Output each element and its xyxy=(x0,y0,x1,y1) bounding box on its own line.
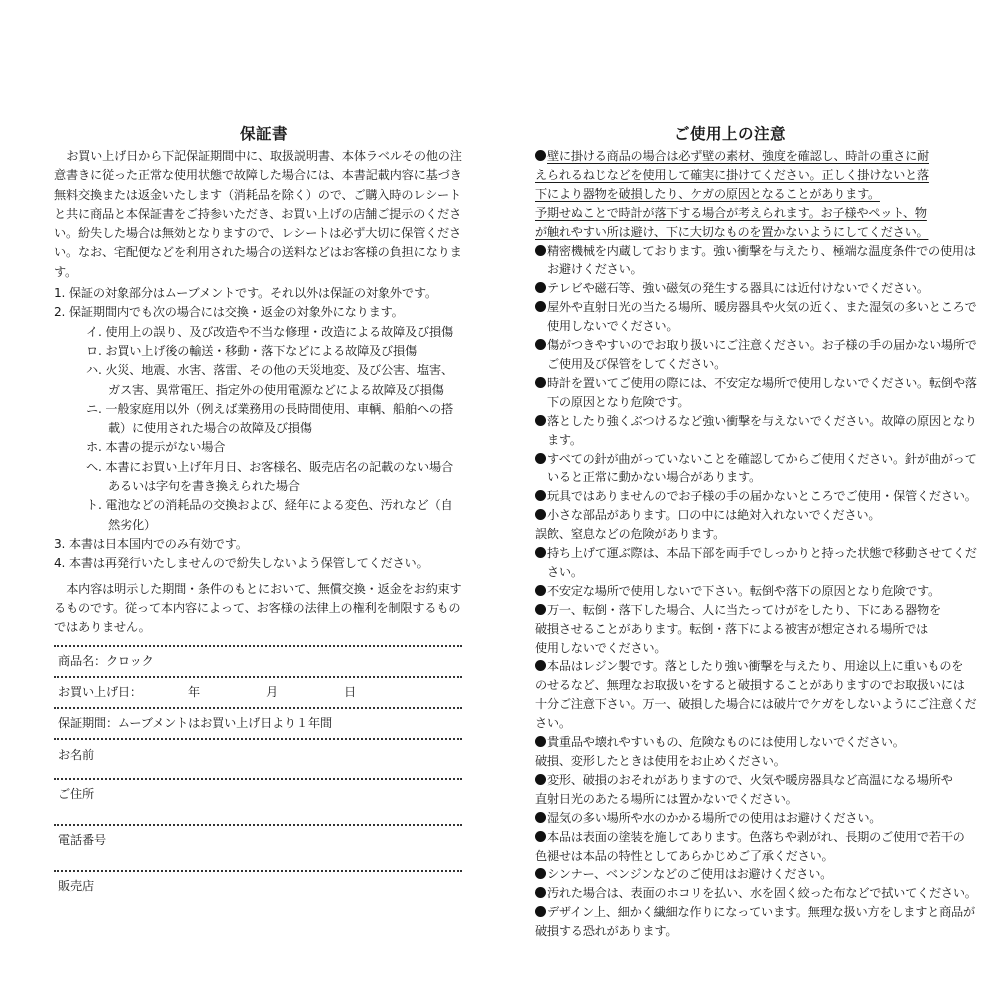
exclusion-he: ヘ. 本書にお買い上げ年月日、お客様名、販売店名の記載のない場合あるいは字句を書… xyxy=(68,458,464,497)
phone-label: 電話番号 xyxy=(58,831,106,865)
bullet-icon xyxy=(535,377,546,388)
warranty-closing: 本内容は明示した期間・条件のもとにおいて、無償交換・返金をお約束するものです。従… xyxy=(54,580,464,638)
caution-item-continued: 使用しないでください。 xyxy=(535,639,985,658)
bullet-icon xyxy=(535,282,546,293)
product-name-field: 商品名：クロック xyxy=(54,647,464,676)
caution-item: 傷がつきやすいのでお取り扱いにご注意ください。お子様の手の届かない場所でご使用及… xyxy=(535,336,985,374)
caution-item: デザイン上、細かく繊細な作りになっています。無理な扱い方をしますと商品が xyxy=(535,903,985,922)
warranty-title: 保証書 xyxy=(64,124,464,144)
store-field[interactable]: 販売店 xyxy=(54,872,464,901)
bullet-icon xyxy=(535,245,546,256)
bullet-icon xyxy=(535,490,546,501)
caution-item: シンナー、ベンジンなどのご使用はお避けください。 xyxy=(535,865,985,884)
caution-item: 万一、転倒・落下した場合、人に当たってけがをしたり、下にある器物を xyxy=(535,601,985,620)
warranty-section: 保証書 お買い上げ日から下記保証期間中に、取扱説明書、本体ラベルその他の注意書き… xyxy=(54,124,464,901)
cautions-list: 精密機械を内蔵しております。強い衝撃を与えたり、極端な温度条件での使用はお避けく… xyxy=(535,242,985,942)
caution-item: 本品は表面の塗装を施してあります。色落ちや剥がれ、長期のご使用で若干の xyxy=(535,828,985,847)
bullet-icon xyxy=(535,774,546,785)
caution-item: 持ち上げて運ぶ際は、本品下部を両手でしっかりと持った状態で移動させてください。 xyxy=(535,544,985,582)
day-label: 日 xyxy=(344,683,356,702)
caution-wall-mount: 壁に掛ける商品の場合は必ず壁の素材、強度を確認し、時計の重さに耐 えられるねじな… xyxy=(535,147,985,242)
bullet-icon xyxy=(535,415,546,426)
year-label: 年 xyxy=(188,683,266,702)
warranty-term-1: 1. 保証の対象部分はムーブメントです。それ以外は保証の対象外です。 xyxy=(54,284,464,303)
bullet-icon xyxy=(535,547,546,558)
exclusion-ni: ニ. 一般家庭用以外（例えば業務用の長時間使用、車輌、船舶への搭載）に使用された… xyxy=(68,400,464,439)
caution-item-continued: 誤飲、窒息などの危険があります。 xyxy=(535,525,985,544)
address-field[interactable]: ご住所 xyxy=(54,780,464,824)
caution-item: 湿気の多い場所や水のかかる場所での使用はお避けください。 xyxy=(535,809,985,828)
warranty-intro: お買い上げ日から下記保証期間中に、取扱説明書、本体ラベルその他の注意書きに従った… xyxy=(54,147,464,282)
caution-item: 精密機械を内蔵しております。強い衝撃を与えたり、極端な温度条件での使用はお避けく… xyxy=(535,242,985,280)
cautions-title: ご使用上の注意 xyxy=(475,124,985,144)
caution-wall-mount-line3: 下により器物を破損したり、ケガの原因となることがあります。 xyxy=(535,187,880,201)
warranty-form: 商品名：クロック お買い上げ日： 年 月 日 保証期間：ムーブメントはお買い上げ… xyxy=(54,645,464,901)
bullet-icon xyxy=(535,660,546,671)
bullet-icon xyxy=(535,736,546,747)
bullet-icon xyxy=(535,150,546,161)
caution-item: 玩具ではありませんのでお子様の手の届かないところでご使用・保管ください。 xyxy=(535,487,985,506)
purchase-date-label: お買い上げ日： xyxy=(58,683,188,702)
caution-item-continued: 色褪せは本品の特性としてあらかじめご了承ください。 xyxy=(535,847,985,866)
bullet-icon xyxy=(535,812,546,823)
caution-item: 時計を置いてご使用の際には、不安定な場所で使用しないでください。転倒や落下の原因… xyxy=(535,374,985,412)
caution-wall-mount-line4: 予期せぬことで時計が落下する場合が考えられます。お子様やペット、物 xyxy=(535,206,927,220)
warranty-terms-list: 1. 保証の対象部分はムーブメントです。それ以外は保証の対象外です。 2. 保証… xyxy=(54,284,464,573)
caution-item-continued: 破損、変形したときは使用をお止めください。 xyxy=(535,752,985,771)
exclusion-ha: ハ. 火災、地震、水害、落雷、その他の天災地変、及び公害、塩害、ガス害、異常電圧… xyxy=(68,361,464,400)
bullet-icon xyxy=(535,453,546,464)
exclusion-i: イ. 使用上の誤り、及び改造や不当な修理・改造による故障及び損傷 xyxy=(68,323,464,342)
caution-item: 貴重品や壊れやすいもの、危険なものには使用しないでください。 xyxy=(535,733,985,752)
caution-item: 小さな部品があります。口の中には絶対入れないでください。 xyxy=(535,506,985,525)
caution-wall-mount-line5: が触れやすい所は避け、下に大切なものを置かないようにしてください。 xyxy=(535,225,928,239)
purchase-date-field[interactable]: お買い上げ日： 年 月 日 xyxy=(54,678,464,707)
caution-item-continued: のせるなど、無理なお取扱いをすると破損することがありますのでお取扱いには xyxy=(535,676,985,695)
name-label: お名前 xyxy=(58,746,94,773)
address-label: ご住所 xyxy=(58,785,94,819)
exclusion-ho: ホ. 本書の提示がない場合 xyxy=(68,438,464,457)
caution-item-continued: 十分ご注意下さい。万一、破損した場合には破片でケガをしないようにご注意ください。 xyxy=(535,695,985,733)
warranty-period-field: 保証期間：ムーブメントはお買い上げ日より１年間 xyxy=(54,709,464,738)
caution-item-continued: 破損させることがあります。転倒・落下による被害が想定される場所では xyxy=(535,620,985,639)
warranty-term-2: 2. 保証期間内でも次の場合には交換・返金の対象外になります。 イ. 使用上の誤… xyxy=(54,303,464,535)
exclusions-list: イ. 使用上の誤り、及び改造や不当な修理・改造による故障及び損傷 ロ. お買い上… xyxy=(68,323,464,535)
caution-wall-mount-line2: えられるねじなどを使用して確実に掛けてください。正しく掛けないと落 xyxy=(535,168,929,182)
bullet-icon xyxy=(535,604,546,615)
caution-item: 汚れた場合は、表面のホコリを払い、水を固く絞った布などで拭いてください。 xyxy=(535,884,985,903)
bullet-icon xyxy=(535,509,546,520)
caution-item-continued: 直射日光のあたる場所には置かないでください。 xyxy=(535,790,985,809)
bullet-icon xyxy=(535,339,546,350)
store-label: 販売店 xyxy=(58,877,94,896)
caution-item: 落としたり強くぶつけるなど強い衝撃を与えないでください。故障の原因となります。 xyxy=(535,412,985,450)
cautions-section: ご使用上の注意 壁に掛ける商品の場合は必ず壁の素材、強度を確認し、時計の重さに耐… xyxy=(535,124,985,941)
caution-item: 本品はレジン製です。落としたり強い衝撃を与えたり、用途以上に重いものを xyxy=(535,657,985,676)
caution-item: 屋外や直射日光の当たる場所、暖房器具や火気の近く、また湿気の多いところで使用しな… xyxy=(535,298,985,336)
exclusion-to: ト. 電池などの消耗品の交換および、経年による変色、汚れなど（自然劣化） xyxy=(68,496,464,535)
bullet-icon xyxy=(535,585,546,596)
caution-item-continued: 破損する恐れがあります。 xyxy=(535,922,985,941)
exclusion-ro: ロ. お買い上げ後の輸送・移動・落下などによる故障及び損傷 xyxy=(68,342,464,361)
caution-item: 不安定な場所で使用しないで下さい。転倒や落下の原因となり危険です。 xyxy=(535,582,985,601)
month-label: 月 xyxy=(266,683,344,702)
caution-item: すべての針が曲がっていないことを確認してからご使用ください。針が曲がっていると正… xyxy=(535,450,985,488)
bullet-icon xyxy=(535,831,546,842)
bullet-icon xyxy=(535,887,546,898)
caution-item: 変形、破損のおそれがありますので、火気や暖房器具など高温になる場所や xyxy=(535,771,985,790)
bullet-icon xyxy=(535,906,546,917)
warranty-term-3: 3. 本書は日本国内でのみ有効です。 xyxy=(54,535,464,554)
warranty-term-2-label: 2. 保証期間内でも次の場合には交換・返金の対象外になります。 xyxy=(54,305,404,319)
phone-field[interactable]: 電話番号 xyxy=(54,826,464,870)
name-field[interactable]: お名前 xyxy=(54,740,464,778)
bullet-icon xyxy=(535,301,546,312)
caution-wall-mount-line1: 壁に掛ける商品の場合は必ず壁の素材、強度を確認し、時計の重さに耐 xyxy=(547,149,929,163)
warranty-term-4: 4. 本書は再発行いたしませんので紛失しないよう保管してください。 xyxy=(54,554,464,573)
caution-item: テレビや磁石等、強い磁気の発生する器具には近付けないでください。 xyxy=(535,279,985,298)
bullet-icon xyxy=(535,868,546,879)
